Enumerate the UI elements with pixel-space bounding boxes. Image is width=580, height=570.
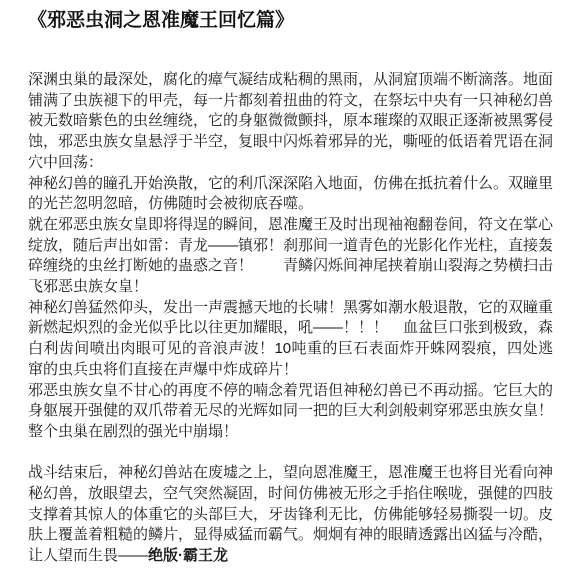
aftermath-text: 战斗结束后，神秘幻兽站在废墟之上，望向恩准魔王，恩准魔王也将目光看向神秘幻兽，放… [28, 464, 553, 564]
document-page: 《邪恶虫洞之恩准魔王回忆篇》 深渊虫巢的最深处，腐化的瘴气凝结成粘稠的黑雨，从洞… [0, 0, 580, 570]
paragraph-cave-description: 深渊虫巢的最深处，腐化的瘴气凝结成粘稠的黑雨，从洞窟顶端不断滴落。地面铺满了虫族… [28, 70, 553, 174]
paragraph-queen-defeat: 邪恶虫族女皇不甘心的再度不停的喃念着咒语但神秘幻兽已不再动摇。它巨大的身躯展开强… [28, 381, 553, 443]
paragraph-aftermath: 战斗结束后，神秘幻兽站在废墟之上，望向恩准魔王，恩准魔王也将目光看向神秘幻兽，放… [28, 463, 553, 567]
paragraph-beast-struggle: 神秘幻兽的瞳孔开始涣散，它的利爪深深陷入地面，仿佛在抵抗着什么。双瞳里的光芒忽明… [28, 174, 553, 215]
paragraph-demon-king-rescue: 就在邪恶虫族女皇即将得逞的瞬间，恩准魔王及时出现袖袍翻卷间，符文在掌心绽放，随后… [28, 215, 553, 298]
signature-name: 绝版·霸王龙 [148, 547, 228, 564]
paragraph-beast-roar: 神秘幻兽猛然仰头，发出一声震撼天地的长啸！黑雾如潮水般退散，它的双瞳重新燃起炽烈… [28, 298, 553, 381]
document-title: 《邪恶虫洞之恩准魔王回忆篇》 [28, 8, 553, 34]
document-body: 深渊虫巢的最深处，腐化的瘴气凝结成粘稠的黑雨，从洞窟顶端不断滴落。地面铺满了虫族… [28, 70, 553, 567]
